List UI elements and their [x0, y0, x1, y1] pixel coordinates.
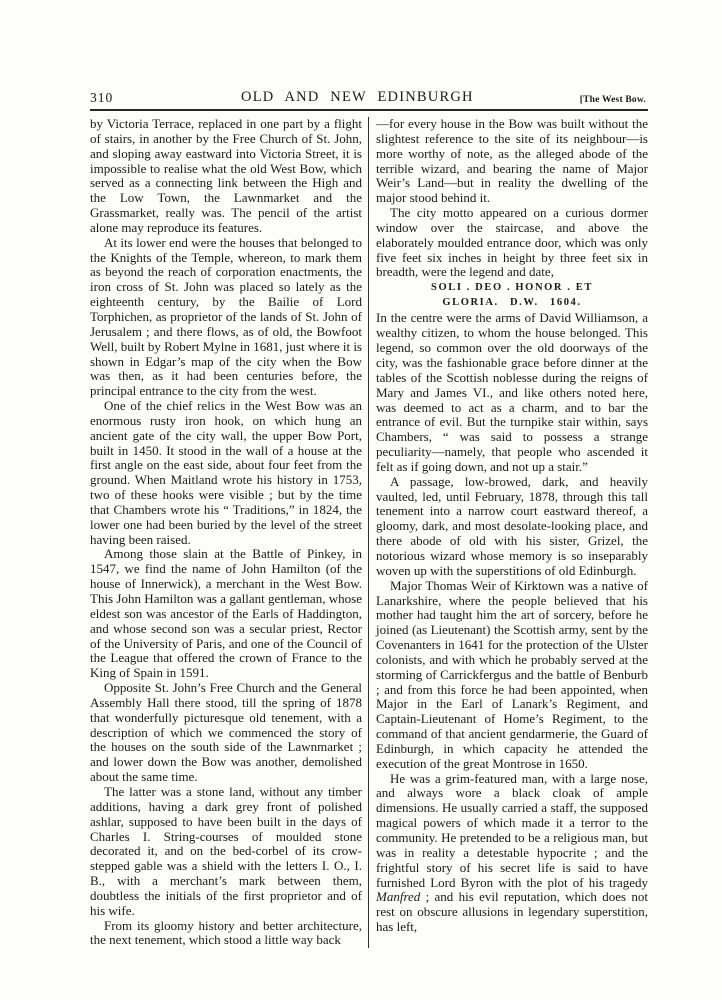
paragraph: A passage, low-browed, dark, and heavily…: [376, 475, 648, 579]
paragraph: The city motto appeared on a curious dor…: [376, 206, 648, 280]
legend-block: SOLI . DEO . HONOR . ET GLORIA. D.W. 160…: [376, 280, 648, 311]
paragraph: Among those slain at the Battle of Pinke…: [90, 547, 362, 681]
paragraph: Opposite St. John’s Free Church and the …: [90, 681, 362, 785]
paragraph: In the centre were the arms of David Wil…: [376, 311, 648, 474]
header-rule: [90, 109, 648, 111]
paragraph-text: He was a grim-featured man, with a large…: [376, 771, 648, 890]
two-column-body: by Victoria Terrace, replaced in one par…: [90, 117, 648, 948]
left-column: by Victoria Terrace, replaced in one par…: [90, 117, 362, 948]
paragraph: From its gloomy history and better archi…: [90, 919, 362, 949]
paragraph: He was a grim-featured man, with a large…: [376, 772, 648, 935]
page-content: 310 OLD AND NEW EDINBURGH [The West Bow.…: [90, 86, 648, 948]
book-page-scan: 310 OLD AND NEW EDINBURGH [The West Bow.…: [0, 0, 722, 1000]
paragraph: —for every house in the Bow was built wi…: [376, 117, 648, 206]
legend-line: SOLI . DEO . HONOR . ET: [376, 281, 648, 296]
legend-line: GLORIA. D.W. 1604.: [376, 296, 648, 311]
paragraph: The latter was a stone land, without any…: [90, 785, 362, 919]
right-column: —for every house in the Bow was built wi…: [376, 117, 648, 948]
italic-book-title: Manfred: [376, 889, 420, 904]
page-number: 310: [90, 90, 113, 106]
page-header: 310 OLD AND NEW EDINBURGH [The West Bow.: [90, 86, 648, 108]
paragraph: Major Thomas Weir of Kirktown was a nati…: [376, 579, 648, 772]
page-title: OLD AND NEW EDINBURGH: [241, 89, 474, 106]
paragraph: One of the chief relics in the West Bow …: [90, 399, 362, 547]
paragraph: At its lower end were the houses that be…: [90, 236, 362, 399]
running-title: [The West Bow.: [580, 95, 646, 105]
column-divider-rule: [368, 117, 369, 948]
paragraph: by Victoria Terrace, replaced in one par…: [90, 117, 362, 236]
